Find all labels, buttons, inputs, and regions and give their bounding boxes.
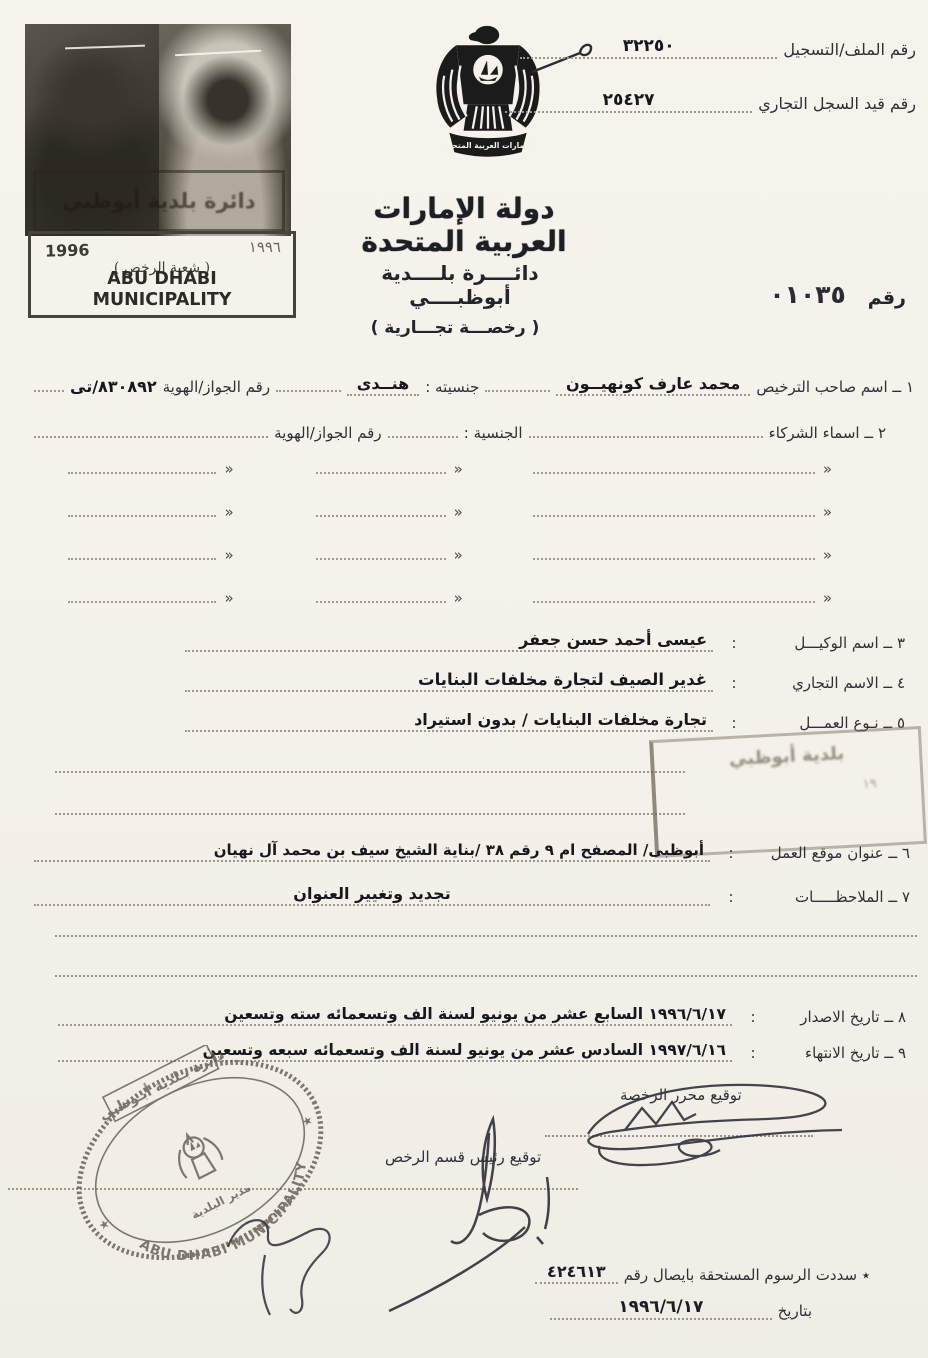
dotted-line (68, 598, 216, 603)
field-agent-name: ٣ ــ اسم الوكيـــل : عيسى أحمد حسن جعفر (185, 630, 905, 652)
remarks-value-line: تجديد وتغيير العنوان (34, 884, 710, 906)
partner-ditto-row: « « « (60, 589, 832, 607)
file-number-value: ٣٢٢٥٠ (623, 36, 675, 56)
dotted-line (68, 469, 216, 474)
work-address-value: أبوظبى/ المصفح ام ٩ رقم ٣٨ /بناية الشيخ … (214, 841, 704, 859)
work-address-label: ٦ ــ عنوان موقع العمل (752, 844, 910, 862)
business-type-value-line: تجارة مخلفات البنايات / بدون استيراد (185, 710, 713, 732)
dotted-line (34, 433, 268, 438)
field-trade-name: ٤ ــ الاسم التجاري : غدير الصيف لتجارة م… (185, 670, 905, 692)
nationality-label: جنسيته : (425, 378, 479, 396)
stamp-arabic-text: دائرة بـلدية أبـوظبي (96, 1045, 227, 1124)
licensee-name-value: محمد عارف كونهيــون (556, 374, 750, 396)
fee-date-line: ١٩٩٦/٦/١٧ (550, 1297, 772, 1320)
country-title: دولة الإمارات العربية المتحدة (328, 192, 600, 258)
emblem-banner-text: الامارات العربية المتحدة (443, 141, 532, 150)
fee-receipt-number: ٤٢٤٦١٣ (547, 1262, 606, 1281)
nationality-value: هنــدى (347, 374, 419, 396)
dotted-line (485, 387, 550, 392)
trade-name-value: غدير الصيف لتجارة مخلفات البنايات (418, 670, 707, 689)
issue-date-label: ٨ ــ تاريخ الاصدار (774, 1008, 906, 1026)
passport-label: رقم الجواز/الهوية (163, 378, 270, 396)
fee-receipt-line: ٤٢٤٦١٣ (535, 1262, 618, 1284)
colon: : (716, 888, 746, 906)
license-type-title: ( رخصـــة تجـــارية ) (370, 318, 540, 338)
license-number-row: رقم ٠١٠٣٥ (728, 280, 906, 309)
dotted-line (316, 555, 446, 560)
colon: : (716, 844, 746, 862)
license-number-label: رقم (868, 287, 906, 309)
dotted-line (68, 555, 216, 560)
remarks-label: ٧ ــ الملاحظـــــات (752, 888, 910, 906)
dotted-line (316, 512, 446, 517)
partner-ditto-row: « « « (60, 503, 832, 521)
issue-date-value-line: ١٩٩٦/٦/١٧ السابع عشر من يونيو لسنة الف و… (58, 1004, 732, 1026)
file-number-row: رقم الملف/التسجيل ٣٢٢٥٠ (520, 36, 916, 59)
agent-value-line: عيسى أحمد حسن جعفر (185, 630, 713, 652)
dotted-line (388, 433, 458, 438)
colon: : (719, 714, 749, 732)
colon: : (738, 1008, 768, 1026)
dotted-line (533, 598, 815, 603)
file-number-line: ٣٢٢٥٠ (520, 36, 777, 59)
field-work-address: ٦ ــ عنوان موقع العمل : أبوظبى/ المصفح ا… (34, 840, 910, 862)
colon: : (719, 674, 749, 692)
ditto-mark: « (823, 503, 832, 521)
stamp-municipality-name: ABU DHABI MUNICIPALITY (35, 268, 289, 310)
ditto-mark: « (454, 503, 463, 521)
fee-date-value: ١٩٩٦/٦/١٧ (618, 1297, 703, 1317)
scanned-trade-license-document: دائرة بلدية أبوظبي 1996 ١٩٩٦ ( شعبة الرخ… (0, 0, 928, 1358)
colon: : (738, 1044, 768, 1062)
ditto-mark: « (454, 546, 463, 564)
dotted-line (55, 933, 917, 937)
expiry-date-label: ٩ ــ تاريخ الانتهاء (774, 1044, 906, 1062)
agent-value: عيسى أحمد حسن جعفر (519, 630, 707, 649)
licensee-label: ١ ــ اسم صاحب الترخيص (756, 378, 914, 396)
faint-stamp-year: ١٩ (670, 776, 878, 802)
ditto-mark: « (823, 460, 832, 478)
dotted-line (34, 387, 64, 392)
stamp-year-ar: ١٩٩٦ (249, 238, 281, 256)
colon: : (719, 634, 749, 652)
photo-overlay-stamp-text: دائرة بلدية أبوظبي (63, 189, 256, 213)
remarks-value: تجديد وتغيير العنوان (293, 884, 450, 903)
trade-name-label: ٤ ــ الاسم التجاري (755, 674, 905, 692)
ditto-mark: « (224, 589, 233, 607)
license-number-value: ٠١٠٣٥ (769, 280, 845, 309)
applicant-photos: دائرة بلدية أبوظبي (25, 24, 291, 236)
partners-nationality-label: الجنسية : (464, 424, 523, 442)
field-licensee-name: ١ ــ اسم صاحب الترخيص محمد عارف كونهيــو… (34, 374, 914, 396)
passport-value: ٨٣٠٨٩٢/تى (70, 377, 157, 396)
dotted-line (55, 811, 685, 815)
file-number-label: رقم الملف/التسجيل (783, 40, 916, 59)
trade-name-value-line: غدير الصيف لتجارة مخلفات البنايات (185, 670, 713, 692)
dotted-line (533, 512, 815, 517)
faint-stamp-text: بلدية أبوظبي (668, 740, 906, 773)
ditto-mark: « (454, 460, 463, 478)
ditto-mark: « (823, 589, 832, 607)
field-business-type: ٥ ــ نـوع العمـــل : تجارة مخلفات البناي… (185, 710, 905, 732)
stamp-year-en: 1996 (45, 240, 90, 260)
fee-note-label: ٭ سددت الرسوم المستحقة بايصال رقم (624, 1266, 870, 1284)
work-address-value-line: أبوظبى/ المصفح ام ٩ رقم ٣٨ /بناية الشيخ … (34, 840, 710, 862)
ditto-mark: « (823, 546, 832, 564)
partners-label: ٢ ــ اسماء الشركاء (769, 424, 886, 442)
dotted-line (529, 433, 763, 438)
ditto-mark: « (224, 546, 233, 564)
dotted-line (55, 973, 917, 977)
dotted-line (533, 555, 815, 560)
dotted-line (55, 769, 685, 773)
star-icon: ★ (299, 1112, 315, 1129)
field-remarks: ٧ ــ الملاحظـــــات : تجديد وتغيير العنو… (34, 884, 910, 906)
ditto-mark: « (224, 503, 233, 521)
fee-date-row: بتاريخ ١٩٩٦/٦/١٧ (550, 1297, 812, 1320)
dotted-line (316, 598, 446, 603)
licenses-division-stamp: 1996 ١٩٩٦ ( شعبة الرخص ) ABU DHABI MUNIC… (28, 231, 296, 318)
photo-overlay-stamp: دائرة بلدية أبوظبي (33, 170, 285, 232)
editor-signature (570, 1072, 860, 1187)
issue-date-value: ١٩٩٦/٦/١٧ السابع عشر من يونيو لسنة الف و… (224, 1005, 726, 1023)
ditto-mark: « (224, 460, 233, 478)
partner-ditto-row: « « « (60, 546, 832, 564)
business-type-value: تجارة مخلفات البنايات / بدون استيراد (414, 710, 707, 729)
fee-date-label: بتاريخ (778, 1302, 812, 1320)
dotted-line (68, 512, 216, 517)
secondary-signature (210, 1185, 355, 1320)
commercial-register-row: رقم قيد السجل التجاري ٢٥٤٢٧ (505, 90, 916, 113)
fee-receipt-row: ٭ سددت الرسوم المستحقة بايصال رقم ٤٢٤٦١٣ (535, 1262, 870, 1284)
commercial-register-line: ٢٥٤٢٧ (505, 90, 752, 113)
commercial-register-value: ٢٥٤٢٧ (603, 90, 655, 110)
partners-passport-label: رقم الجواز/الهوية (274, 424, 381, 442)
star-icon: ★ (96, 1216, 112, 1233)
department-title: دائــــرة بلــــدية أبوظبــــي (335, 261, 585, 309)
agent-label: ٣ ــ اسم الوكيـــل (755, 634, 905, 652)
commercial-register-label: رقم قيد السجل التجاري (758, 94, 916, 113)
ditto-mark: « (454, 589, 463, 607)
dotted-line (533, 469, 815, 474)
field-partners: ٢ ــ اسماء الشركاء الجنسية : رقم الجواز/… (34, 424, 886, 442)
dotted-line (276, 387, 341, 392)
partner-ditto-row: « « « (60, 460, 832, 478)
dotted-line (316, 469, 446, 474)
field-issue-date: ٨ ــ تاريخ الاصدار : ١٩٩٦/٦/١٧ السابع عش… (58, 1004, 906, 1026)
faint-municipality-stamp: بلدية أبوظبي ١٩ (649, 726, 927, 858)
